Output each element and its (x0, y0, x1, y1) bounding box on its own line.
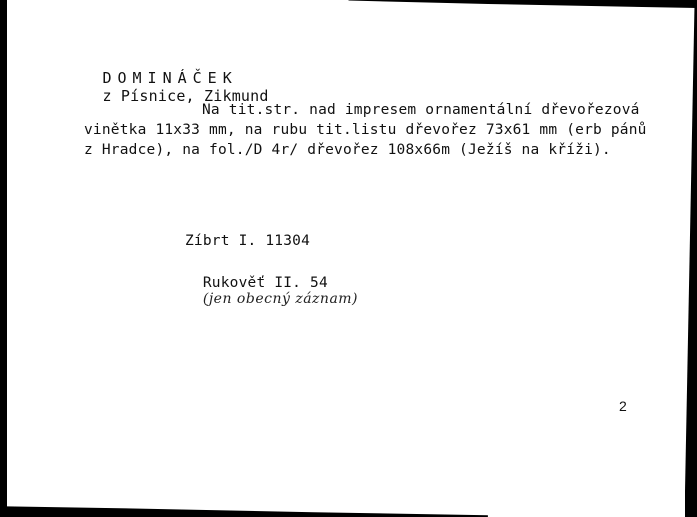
description-line-1: Na tit.str. nad impresem ornamentální dř… (202, 102, 640, 118)
scan-border-bottom (0, 505, 697, 517)
scan-border-top (0, 0, 697, 10)
reference-zibrt: Zíbrt I. 11304 (185, 233, 310, 249)
card-heading: DOMINÁČEK z Písnice, Zikmund (84, 51, 269, 105)
description-line-3: z Hradce), na fol./D 4r/ dřevořez 108x66… (84, 142, 611, 158)
handwritten-note: (jen obecný záznam) (203, 291, 358, 307)
reference-rukovet: Rukověť II. 54 (jen obecný záznam) (185, 259, 358, 307)
description-line-2: vinětka 11x33 mm, na rubu tit.listu dřev… (84, 122, 647, 138)
page-number: 2 (619, 398, 627, 414)
reference-rukovet-text: Rukověť II. 54 (203, 275, 328, 291)
heading-surname: DOMINÁČEK (102, 69, 237, 87)
scan-border-left (0, 0, 7, 517)
scan-border-right (685, 0, 697, 517)
